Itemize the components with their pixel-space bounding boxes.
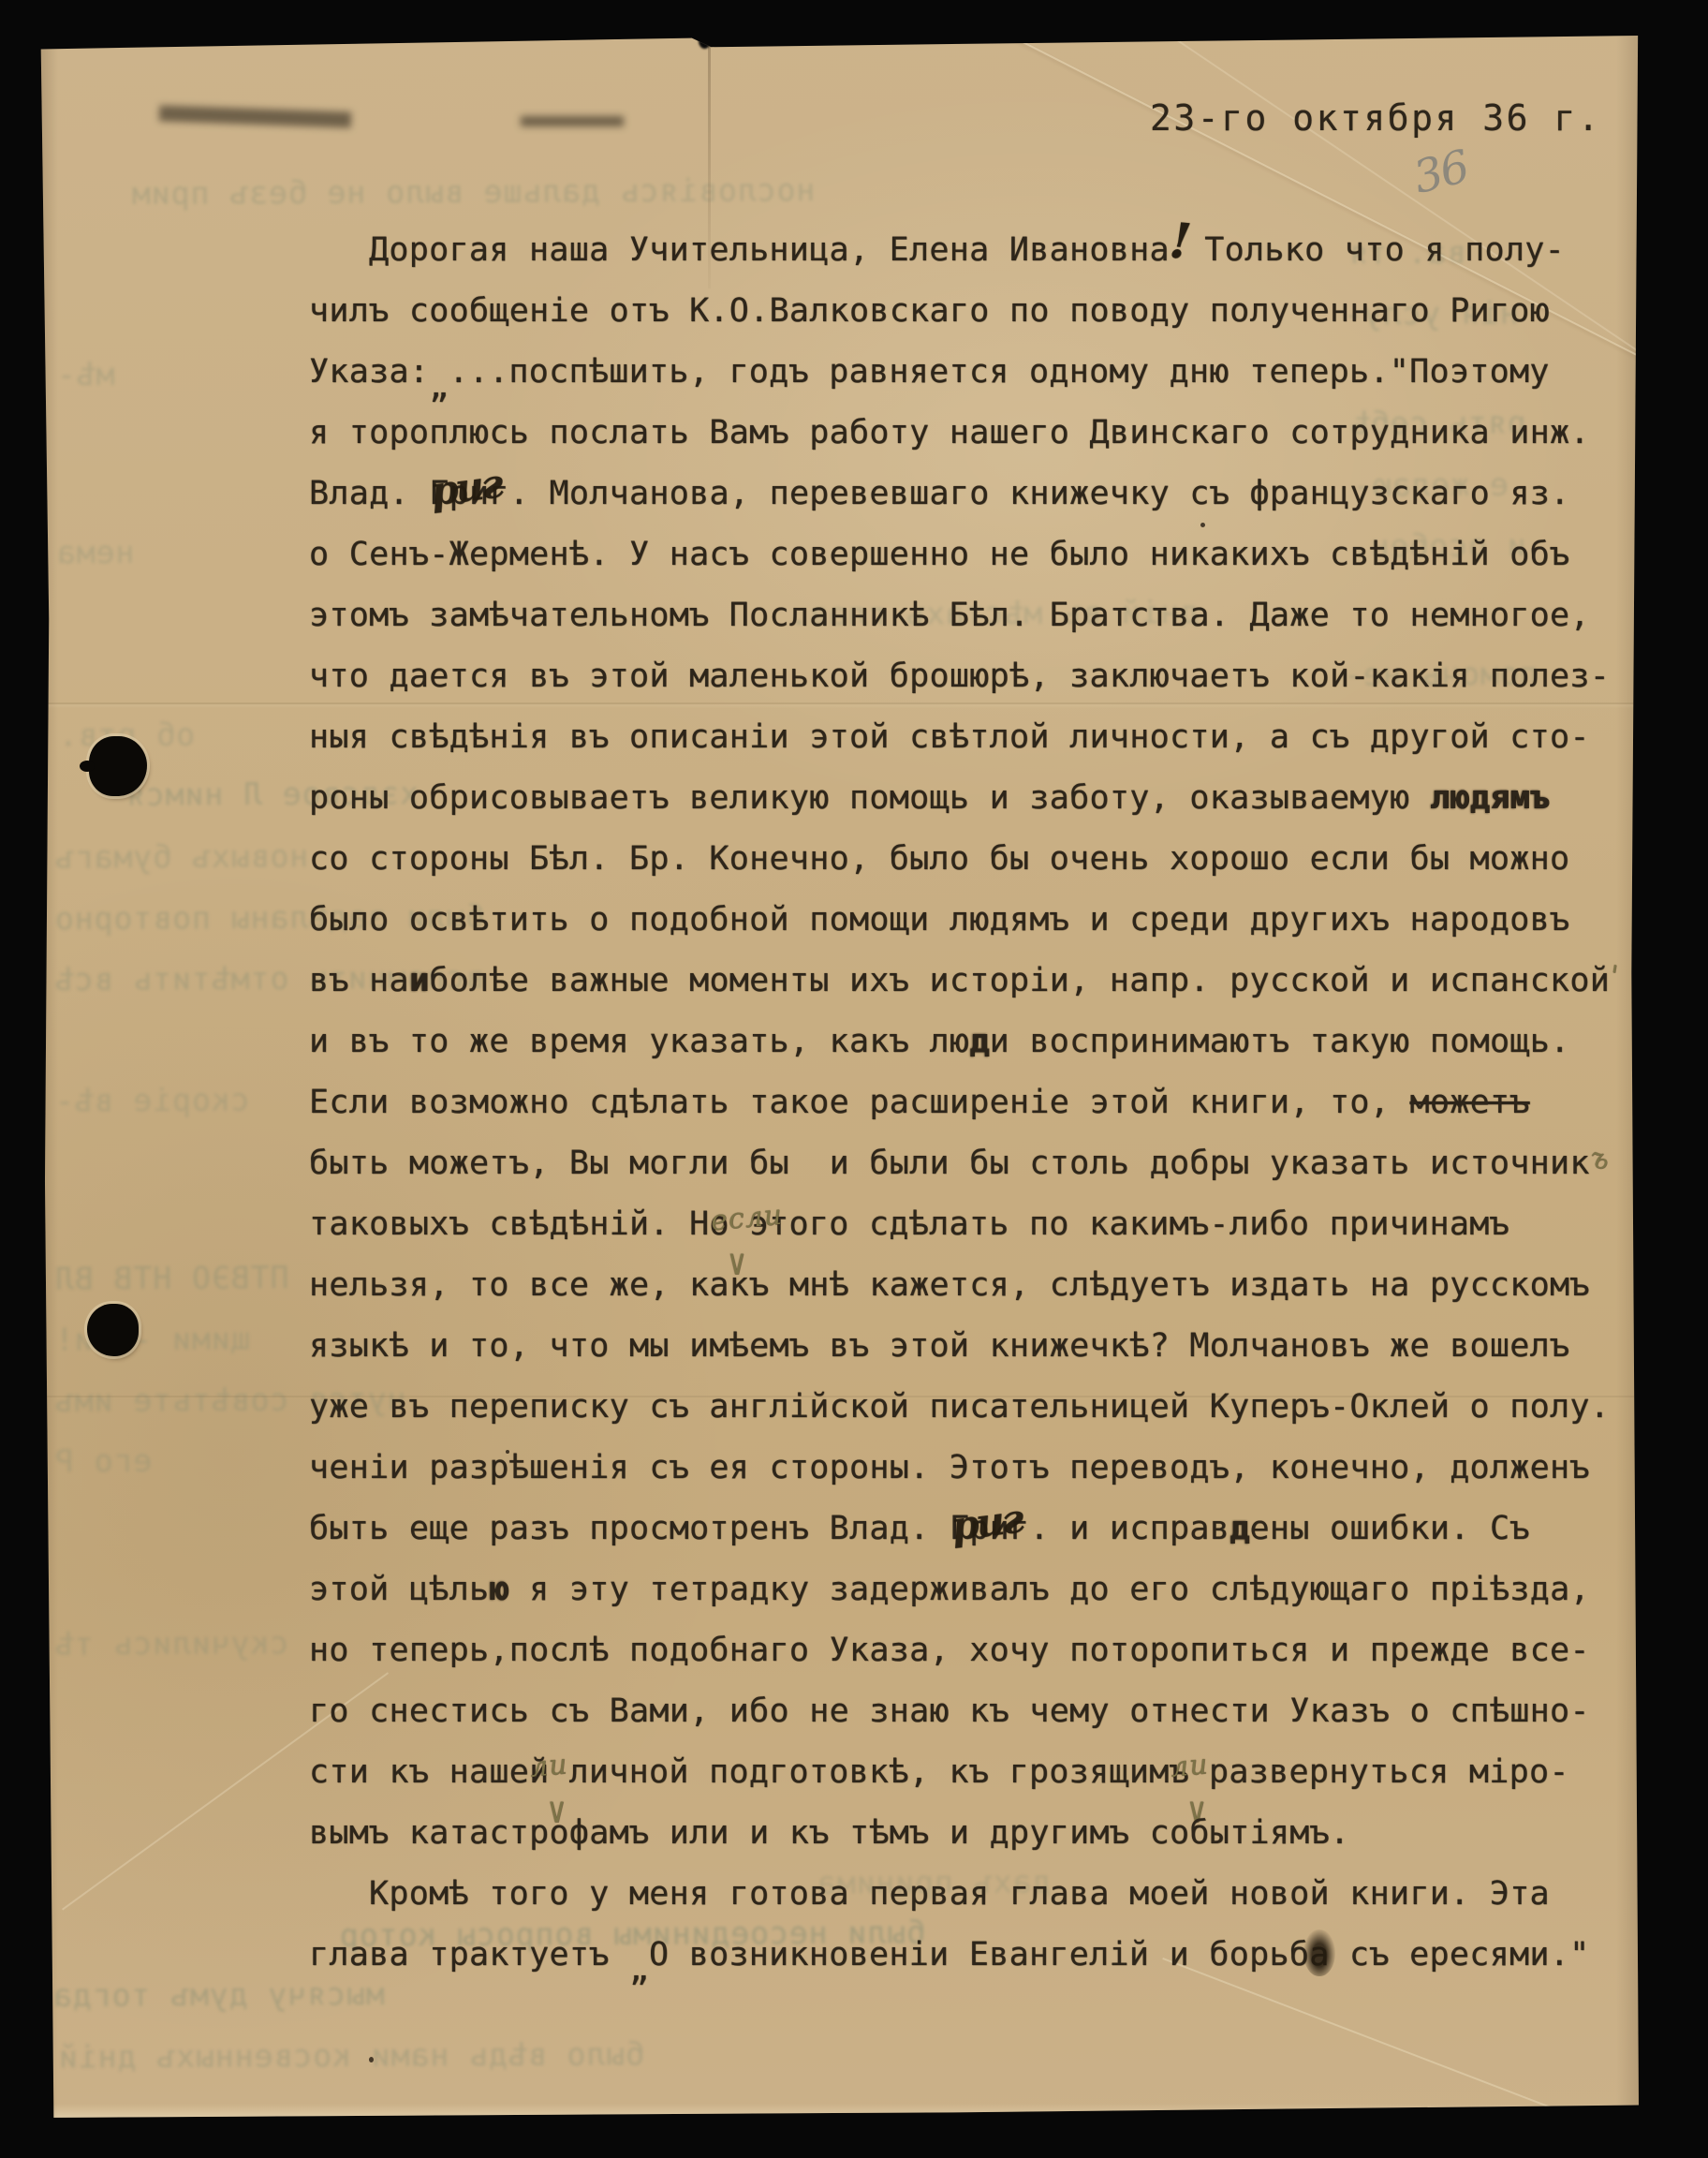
typed-text: ченіи разрѣшенія съ ея стороны. Этотъ пе… (309, 1449, 1590, 1486)
typed-text: но теперь,послѣ подобнаго Указа, хочу по… (309, 1632, 1590, 1669)
bleed-through-line: ПТВЭО НТВ ВЛ (54, 1259, 289, 1297)
typed-text: что дается въ этой маленькой брошюрѣ, за… (309, 658, 1610, 695)
typed-text: быть можетъ, Вы могли бы и были бы столь… (309, 1145, 1590, 1182)
text-line: этой цѣлью я эту тетрадку задерживалъ до… (309, 1568, 1590, 1611)
typed-text: сти къ нашей (309, 1753, 549, 1791)
bleed-through-line: мѣ- (56, 356, 115, 393)
paper-speck (1200, 523, 1205, 527)
typed-text: О возникновеніи Евангелій и борьб (649, 1936, 1309, 1973)
struck-out-word: можетъ (1409, 1084, 1529, 1121)
text-line: языкѣ и то, что мы имѣемъ въ этой книжеч… (309, 1324, 1569, 1367)
typed-text: о Сенъ-Жерменѣ. У насъ совершенно не был… (309, 536, 1569, 573)
typed-text: уже въ переписку съ англійской писательн… (309, 1388, 1610, 1426)
typed-text: съ ересями." (1330, 1936, 1590, 1973)
typed-text: Только что я полу- (1185, 231, 1565, 269)
fold-crease-bottom-right (1162, 1958, 1653, 2148)
text-line: что дается въ этой маленькой брошюрѣ, за… (309, 655, 1610, 698)
typed-text: глава трактуетъ (309, 1936, 629, 1973)
text-line: Влад. Григ. Молчанова, перевевшаго книже… (309, 472, 1569, 515)
typed-text: го снестись съ Вами, ибо не знаю къ чему… (309, 1692, 1590, 1730)
pencil-page-number: 36 (1408, 140, 1473, 204)
typed-text: Указа: (309, 353, 429, 391)
handwriting-over-typed: Григ (429, 472, 509, 515)
text-line: въ наиболѣе важные моменты ихъ исторіи, … (309, 959, 1618, 1004)
typed-text: этой цѣль (309, 1571, 489, 1608)
typed-text: нельзя, то все же, какъ мнѣ кажется, слѣ… (309, 1266, 1590, 1304)
text-line: со стороны Бѣл. Бр. Конечно, было бы оче… (309, 837, 1569, 880)
text-line: и въ то же время указать, какъ люди восп… (309, 1020, 1569, 1063)
text-line: о Сенъ-Жерменѣ. У насъ совершенно не был… (309, 533, 1569, 576)
text-line: ныя свѣдѣнія въ описаніи этой свѣтлой ли… (309, 716, 1590, 759)
punch-hole-top (89, 736, 147, 796)
bleed-through-line: мысячу думъ тогда (52, 1975, 385, 2015)
fold-crease-horizontal-1 (39, 702, 1639, 704)
bleed-through-line: новыхъ бумагъ (54, 837, 308, 876)
bleed-through-line: было вѣдь нами косвенныхъ дній (58, 2035, 644, 2076)
typed-text: Влад. (309, 475, 429, 512)
typed-text: ныя свѣдѣнія въ описаніи этой свѣтлой ли… (309, 718, 1590, 756)
bleed-through-line: щими - ли! (54, 1320, 250, 1358)
typed-low-quote: „ (429, 365, 449, 408)
bleed-through-line: скоріе вѣ- (54, 1081, 250, 1119)
typed-text: этого сдѣлать по какимъ-либо причинамъ (749, 1205, 1509, 1243)
typed-text: ...поспѣшить, годъ равняется одному дню … (449, 353, 1549, 391)
overstruck-text: д (1229, 1510, 1249, 1547)
date-line: 23-го октября 36 г. (1150, 97, 1601, 139)
bleed-through-line: нема (56, 534, 135, 571)
typed-text: въ на (309, 962, 409, 999)
text-line: Если возможно сдѣлать такое расширеніе э… (309, 1081, 1530, 1124)
text-line: быть можетъ, Вы могли бы и были бы столь… (309, 1142, 1609, 1187)
text-line: быть еще разъ просмотренъ Влад. Григ. и … (309, 1507, 1530, 1550)
overstruck-text: д (969, 1023, 989, 1060)
typed-text: ены ошибки. Съ (1250, 1510, 1530, 1547)
typed-text: было освѣтить о подобной помощи людямъ и… (309, 901, 1569, 939)
text-line: но теперь,послѣ подобнаго Указа, хочу по… (309, 1629, 1590, 1672)
typed-text: этомъ замѣчательномъ Посланникѣ Бѣл. Бра… (309, 597, 1590, 634)
typed-text: Если возможно сдѣлать такое расширеніе э… (309, 1084, 1409, 1121)
paper-sheet: нословіясь дальше выло не безъ примва. т… (39, 36, 1639, 2119)
text-line: Кромѣ того у меня готова первая глава мо… (309, 1872, 1550, 1915)
text-line: уже въ переписку съ англійской писательн… (309, 1385, 1610, 1428)
typed-low-quote: „ (629, 1948, 649, 1991)
edge-shadow-smudge (521, 116, 624, 126)
text-line: этомъ замѣчательномъ Посланникѣ Бѣл. Бра… (309, 594, 1590, 637)
text-line: было освѣтить о подобной помощи людямъ и… (309, 898, 1569, 941)
bleed-through-line: скучились тѣ (54, 1624, 289, 1663)
typed-text: вымъ катастрофамъ или и къ тѣмъ и другим… (309, 1814, 1349, 1852)
typed-text: Дорогая наша Учительница, Елена Ивановна (369, 231, 1170, 269)
edge-shadow-smudge (159, 105, 351, 127)
inserted-word: если (709, 1194, 785, 1244)
text-line: Дорогая наша Учительница, Елена Ивановна… (309, 229, 1565, 272)
typed-text: таковыхъ свѣдѣній. Но (309, 1205, 729, 1243)
text-line: нельзя, то все же, какъ мнѣ кажется, слѣ… (309, 1264, 1590, 1307)
ink-blot-correction: а (1309, 1933, 1329, 1976)
top-edge-tear (699, 33, 711, 49)
text-line: таковыхъ свѣдѣній. Но∨еслиэтого сдѣлать … (309, 1203, 1509, 1246)
typed-text: . и исправ (1029, 1510, 1229, 1547)
punch-hole-bottom (87, 1304, 139, 1356)
paper-speck (369, 2057, 374, 2062)
handwritten-mark: ъ (1586, 1137, 1612, 1183)
inserted-word: ли (529, 1743, 570, 1789)
text-line: сти къ нашей∨лиличной подготовкѣ, къ гро… (309, 1751, 1569, 1794)
bleed-through-line: нословіясь дальше выло не безъ прим (131, 171, 816, 213)
text-line: Указа:„...поспѣшить, годъ равняется одно… (309, 350, 1550, 393)
text-line: го снестись съ Вами, ибо не знаю къ чему… (309, 1690, 1590, 1733)
typed-text: чилъ сообщеніе отъ К.О.Валковскаго по по… (309, 292, 1550, 330)
text-line: ченіи разрѣшенія съ ея стороны. Этотъ пе… (309, 1446, 1590, 1489)
typed-text: и въ то же время указать, какъ лю (309, 1023, 969, 1060)
text-line: роны обрисовываетъ великую помощь и забо… (309, 776, 1550, 820)
bleed-through-line: его Р (54, 1442, 153, 1481)
text-line: я тороплюсь послать Вамъ работу нашего Д… (309, 411, 1590, 454)
text-line: чилъ сообщеніе отъ К.О.Валковскаго по по… (309, 289, 1550, 333)
typed-text: я тороплюсь послать Вамъ работу нашего Д… (309, 414, 1590, 451)
typed-text: развернуться міро- (1209, 1753, 1569, 1791)
text-line: вымъ катастрофамъ или и къ тѣмъ и другим… (309, 1811, 1349, 1855)
handwriting-over-typed: Григ (950, 1507, 1030, 1550)
overstruck-text: людямъ (1430, 779, 1550, 817)
typed-text: языкѣ и то, что мы имѣемъ въ этой книжеч… (309, 1327, 1569, 1365)
inserted-word: ли (1169, 1743, 1210, 1789)
typed-text: роны обрисовываетъ великую помощь и забо… (309, 779, 1430, 817)
text-line: глава трактуетъ „О возникновеніи Евангел… (309, 1933, 1589, 1976)
typed-text: Кромѣ того у меня готова первая глава мо… (369, 1875, 1550, 1913)
typed-text: со стороны Бѣл. Бр. Конечно, было бы оче… (309, 840, 1569, 878)
handwritten-exclamation: ! (1170, 241, 1185, 242)
overstruck-text: и (409, 962, 429, 999)
typed-text: . Молчанова, перевевшаго книжечку съ фра… (509, 475, 1570, 512)
typed-text: болѣе важные моменты ихъ исторіи, напр. … (429, 962, 1610, 999)
scanned-letter-page: нословіясь дальше выло не безъ примва. т… (0, 0, 1708, 2158)
overstruck-text: ю (489, 1571, 508, 1608)
typed-text: быть еще разъ просмотренъ Влад. (309, 1510, 950, 1547)
typed-text: и воспринимаютъ такую помощь. (990, 1023, 1570, 1060)
typed-text: личной подготовкѣ, къ грозящимъ (568, 1753, 1189, 1791)
bleed-through-layer: нословіясь дальше выло не безъ примва. т… (39, 36, 1639, 2119)
typed-text: я эту тетрадку задерживалъ до его слѣдую… (509, 1571, 1590, 1608)
